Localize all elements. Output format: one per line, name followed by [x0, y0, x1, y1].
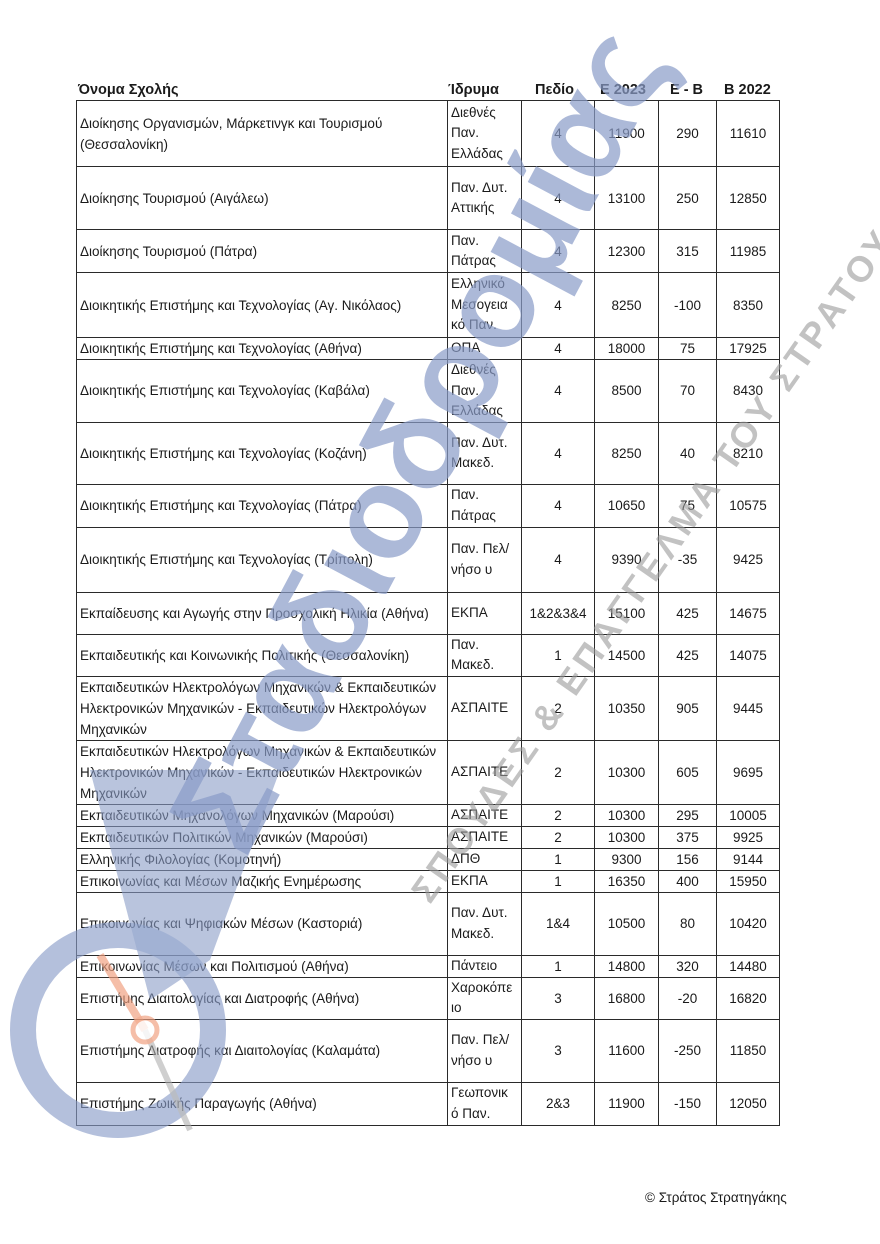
table-row: Εκπαιδευτικών Μηχανολόγων Μηχανικών (Μαρ… [77, 804, 780, 826]
field-cell: 4 [522, 360, 595, 423]
school-name-cell: Διοικητικής Επιστήμης και Τεχνολογίας (Α… [77, 338, 448, 360]
field-cell: 3 [522, 1019, 595, 1082]
e2023-cell: 16350 [595, 870, 659, 892]
b2022-cell: 11850 [717, 1019, 780, 1082]
field-cell: 1 [522, 955, 595, 977]
field-cell: 4 [522, 167, 595, 230]
diff-cell: 425 [659, 592, 717, 634]
b2022-cell: 9695 [717, 740, 780, 804]
header-diff: Ε - Β [670, 82, 703, 98]
b2022-cell: 17925 [717, 338, 780, 360]
diff-cell: -150 [659, 1082, 717, 1125]
school-name-cell: Εκπαιδευτικών Πολιτικών Μηχανικών (Μαρού… [77, 826, 448, 848]
table-row: Εκπαιδευτικής και Κοινωνικής Πολιτικής (… [77, 634, 780, 676]
table-row: Επιστήμης Διαιτολογίας και Διατροφής (Αθ… [77, 977, 780, 1019]
b2022-cell: 9144 [717, 848, 780, 870]
diff-cell: 70 [659, 360, 717, 423]
table-row: Διοίκησης Τουρισμού (Πάτρα)Παν. Πάτρας41… [77, 230, 780, 273]
school-name-cell: Διοικητικής Επιστήμης και Τεχνολογίας (Τ… [77, 527, 448, 592]
table-row: Εκπαιδευτικών Πολιτικών Μηχανικών (Μαρού… [77, 826, 780, 848]
field-cell: 1 [522, 634, 595, 676]
field-cell: 4 [522, 101, 595, 167]
diff-cell: 425 [659, 634, 717, 676]
diff-cell: 375 [659, 826, 717, 848]
diff-cell: 156 [659, 848, 717, 870]
e2023-cell: 12300 [595, 230, 659, 273]
table-row: Επιστήμης Ζωικής Παραγωγής (Αθήνα)Γεωπον… [77, 1082, 780, 1125]
field-cell: 1 [522, 870, 595, 892]
b2022-cell: 8350 [717, 273, 780, 338]
table-row: Επικοινωνίας και Ψηφιακών Μέσων (Καστορι… [77, 892, 780, 955]
school-name-cell: Επιστήμης Ζωικής Παραγωγής (Αθήνα) [77, 1082, 448, 1125]
school-name-cell: Διοικητικής Επιστήμης και Τεχνολογίας (Κ… [77, 360, 448, 423]
diff-cell: -100 [659, 273, 717, 338]
table-row: Επιστήμης Διατροφής και Διαιτολογίας (Κα… [77, 1019, 780, 1082]
institution-cell: ΕΚΠΑ [448, 592, 522, 634]
b2022-cell: 9925 [717, 826, 780, 848]
header-school-name: Όνομα Σχολής [78, 82, 179, 98]
institution-cell: Παν. Πάτρας [448, 484, 522, 527]
e2023-cell: 10300 [595, 826, 659, 848]
field-cell: 2 [522, 676, 595, 740]
e2023-cell: 11600 [595, 1019, 659, 1082]
institution-cell: ΑΣΠΑΙΤΕ [448, 740, 522, 804]
diff-cell: -35 [659, 527, 717, 592]
b2022-cell: 11610 [717, 101, 780, 167]
e2023-cell: 18000 [595, 338, 659, 360]
table-row: Διοικητικής Επιστήμης και Τεχνολογίας (Κ… [77, 422, 780, 484]
table-row: Εκπαίδευσης και Αγωγής στην Προσχολική Η… [77, 592, 780, 634]
e2023-cell: 9300 [595, 848, 659, 870]
field-cell: 1&4 [522, 892, 595, 955]
b2022-cell: 10005 [717, 804, 780, 826]
institution-cell: Παν. Πελ/νήσο υ [448, 527, 522, 592]
header-b2022: Β 2022 [724, 82, 771, 98]
school-name-cell: Διοικητικής Επιστήμης και Τεχνολογίας (Π… [77, 484, 448, 527]
field-cell: 4 [522, 273, 595, 338]
table-body: Διοίκησης Οργανισμών, Μάρκετινγκ και Του… [77, 101, 780, 1126]
diff-cell: 320 [659, 955, 717, 977]
b2022-cell: 10575 [717, 484, 780, 527]
field-cell: 2&3 [522, 1082, 595, 1125]
e2023-cell: 10300 [595, 740, 659, 804]
institution-cell: Παν. Μακεδ. [448, 634, 522, 676]
table-row: Εκπαιδευτικών Ηλεκτρολόγων Μηχανικών & Ε… [77, 676, 780, 740]
diff-cell: 75 [659, 338, 717, 360]
school-name-cell: Διοικητικής Επιστήμης και Τεχνολογίας (Κ… [77, 422, 448, 484]
table-row: Επικοινωνίας Μέσων και Πολιτισμού (Αθήνα… [77, 955, 780, 977]
table-row: Διοίκησης Τουρισμού (Αιγάλεω)Παν. Δυτ. Α… [77, 167, 780, 230]
table-row: Ελληνικής Φιλολογίας (Κομοτηνή)ΔΠΘ193001… [77, 848, 780, 870]
field-cell: 2 [522, 804, 595, 826]
table-row: Διοικητικής Επιστήμης και Τεχνολογίας (Τ… [77, 527, 780, 592]
table-row: Διοικητικής Επιστήμης και Τεχνολογίας (Π… [77, 484, 780, 527]
school-name-cell: Διοίκησης Τουρισμού (Πάτρα) [77, 230, 448, 273]
diff-cell: 40 [659, 422, 717, 484]
header-institution: Ίδρυμα [448, 82, 499, 98]
institution-cell: ΔΠΘ [448, 848, 522, 870]
school-name-cell: Επικοινωνίας και Μέσων Μαζικής Ενημέρωση… [77, 870, 448, 892]
school-name-cell: Εκπαιδευτικών Ηλεκτρολόγων Μηχανικών & Ε… [77, 740, 448, 804]
b2022-cell: 9445 [717, 676, 780, 740]
diff-cell: 315 [659, 230, 717, 273]
field-cell: 1&2&3&4 [522, 592, 595, 634]
institution-cell: ΕΚΠΑ [448, 870, 522, 892]
school-name-cell: Διοικητικής Επιστήμης και Τεχνολογίας (Α… [77, 273, 448, 338]
b2022-cell: 11985 [717, 230, 780, 273]
institution-cell: Διεθνές Παν. Ελλάδας [448, 101, 522, 167]
e2023-cell: 11900 [595, 101, 659, 167]
institution-cell: Γεωπονικ ό Παν. [448, 1082, 522, 1125]
diff-cell: 250 [659, 167, 717, 230]
field-cell: 4 [522, 527, 595, 592]
header-field: Πεδίο [535, 82, 574, 98]
e2023-cell: 10650 [595, 484, 659, 527]
b2022-cell: 8210 [717, 422, 780, 484]
schools-table: Διοίκησης Οργανισμών, Μάρκετινγκ και Του… [76, 100, 780, 1126]
e2023-cell: 15100 [595, 592, 659, 634]
school-name-cell: Επικοινωνίας και Ψηφιακών Μέσων (Καστορι… [77, 892, 448, 955]
e2023-cell: 9390 [595, 527, 659, 592]
b2022-cell: 10420 [717, 892, 780, 955]
school-name-cell: Εκπαιδευτικών Ηλεκτρολόγων Μηχανικών & Ε… [77, 676, 448, 740]
field-cell: 4 [522, 484, 595, 527]
table-row: Επικοινωνίας και Μέσων Μαζικής Ενημέρωση… [77, 870, 780, 892]
copyright-footer: © Στράτος Στρατηγάκης [645, 1190, 787, 1205]
institution-cell: Διεθνές Παν. Ελλάδας [448, 360, 522, 423]
school-name-cell: Εκπαίδευσης και Αγωγής στην Προσχολική Η… [77, 592, 448, 634]
school-name-cell: Επιστήμης Διατροφής και Διαιτολογίας (Κα… [77, 1019, 448, 1082]
institution-cell: Παν. Δυτ. Μακεδ. [448, 892, 522, 955]
e2023-cell: 10500 [595, 892, 659, 955]
e2023-cell: 13100 [595, 167, 659, 230]
institution-cell: ΑΣΠΑΙΤΕ [448, 804, 522, 826]
e2023-cell: 14500 [595, 634, 659, 676]
e2023-cell: 8250 [595, 422, 659, 484]
institution-cell: Παν. Δυτ. Μακεδ. [448, 422, 522, 484]
school-name-cell: Εκπαιδευτικών Μηχανολόγων Μηχανικών (Μαρ… [77, 804, 448, 826]
table-row: Διοικητικής Επιστήμης και Τεχνολογίας (Α… [77, 273, 780, 338]
institution-cell: ΑΣΠΑΙΤΕ [448, 676, 522, 740]
e2023-cell: 16800 [595, 977, 659, 1019]
b2022-cell: 16820 [717, 977, 780, 1019]
b2022-cell: 8430 [717, 360, 780, 423]
field-cell: 1 [522, 848, 595, 870]
diff-cell: 80 [659, 892, 717, 955]
b2022-cell: 15950 [717, 870, 780, 892]
table-header: Όνομα Σχολής Ίδρυμα Πεδίο Ε 2023 Ε - Β Β… [76, 80, 777, 100]
diff-cell: 605 [659, 740, 717, 804]
diff-cell: 295 [659, 804, 717, 826]
diff-cell: -250 [659, 1019, 717, 1082]
table-row: Εκπαιδευτικών Ηλεκτρολόγων Μηχανικών & Ε… [77, 740, 780, 804]
diff-cell: 400 [659, 870, 717, 892]
institution-cell: ΑΣΠΑΙΤΕ [448, 826, 522, 848]
b2022-cell: 14675 [717, 592, 780, 634]
e2023-cell: 8500 [595, 360, 659, 423]
institution-cell: ΟΠΑ [448, 338, 522, 360]
institution-cell: Παν. Πάτρας [448, 230, 522, 273]
school-name-cell: Επικοινωνίας Μέσων και Πολιτισμού (Αθήνα… [77, 955, 448, 977]
b2022-cell: 9425 [717, 527, 780, 592]
table-row: Διοικητικής Επιστήμης και Τεχνολογίας (Κ… [77, 360, 780, 423]
field-cell: 2 [522, 740, 595, 804]
institution-cell: Ελληνικό Μεσογεια κό Παν. [448, 273, 522, 338]
e2023-cell: 8250 [595, 273, 659, 338]
field-cell: 4 [522, 422, 595, 484]
school-name-cell: Διοίκησης Οργανισμών, Μάρκετινγκ και Του… [77, 101, 448, 167]
b2022-cell: 12050 [717, 1082, 780, 1125]
school-name-cell: Εκπαιδευτικής και Κοινωνικής Πολιτικής (… [77, 634, 448, 676]
field-cell: 4 [522, 230, 595, 273]
institution-cell: Χαροκόπε ιο [448, 977, 522, 1019]
school-name-cell: Επιστήμης Διαιτολογίας και Διατροφής (Αθ… [77, 977, 448, 1019]
diff-cell: 905 [659, 676, 717, 740]
diff-cell: 75 [659, 484, 717, 527]
diff-cell: -20 [659, 977, 717, 1019]
b2022-cell: 14075 [717, 634, 780, 676]
field-cell: 2 [522, 826, 595, 848]
header-e2023: Ε 2023 [600, 82, 646, 98]
e2023-cell: 14800 [595, 955, 659, 977]
field-cell: 3 [522, 977, 595, 1019]
institution-cell: Παν. Πελ/νήσο υ [448, 1019, 522, 1082]
institution-cell: Παν. Δυτ. Αττικής [448, 167, 522, 230]
school-name-cell: Διοίκησης Τουρισμού (Αιγάλεω) [77, 167, 448, 230]
field-cell: 4 [522, 338, 595, 360]
b2022-cell: 14480 [717, 955, 780, 977]
table-row: Διοίκησης Οργανισμών, Μάρκετινγκ και Του… [77, 101, 780, 167]
e2023-cell: 10350 [595, 676, 659, 740]
table-row: Διοικητικής Επιστήμης και Τεχνολογίας (Α… [77, 338, 780, 360]
diff-cell: 290 [659, 101, 717, 167]
institution-cell: Πάντειο [448, 955, 522, 977]
e2023-cell: 10300 [595, 804, 659, 826]
e2023-cell: 11900 [595, 1082, 659, 1125]
b2022-cell: 12850 [717, 167, 780, 230]
school-name-cell: Ελληνικής Φιλολογίας (Κομοτηνή) [77, 848, 448, 870]
